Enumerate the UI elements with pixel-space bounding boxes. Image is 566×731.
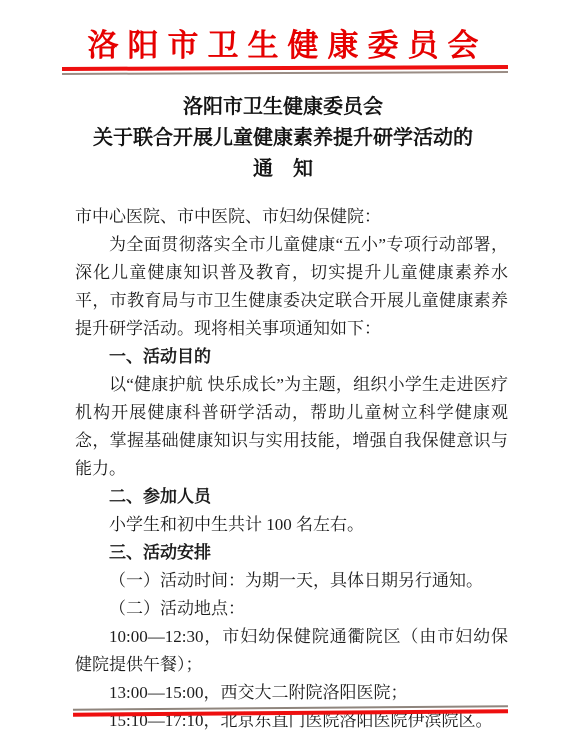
document-title: 洛阳市卫生健康委员会 关于联合开展儿童健康素养提升研学活动的 通 知 xyxy=(0,92,566,185)
divider-gray-line xyxy=(62,71,508,75)
section-1-paragraph: 以“健康护航 快乐成长”为主题，组织小学生走进医疗机构开展健康科普研学活动，帮助… xyxy=(75,371,508,483)
section-heading-3: 三、活动安排 xyxy=(75,539,508,567)
notice-body: 市中心医院、市中医院、市妇幼保健院： 为全面贯彻落实全市儿童健康“五小”专项行动… xyxy=(75,203,508,731)
section-heading-1: 一、活动目的 xyxy=(75,343,508,371)
document-title-line-3: 通 知 xyxy=(0,154,566,185)
intro-paragraph: 为全面贯彻落实全市儿童健康“五小”专项行动部署，深化儿童健康知识普及教育，切实提… xyxy=(75,231,508,343)
divider-red-line xyxy=(62,65,508,71)
schedule-item-2: 13:00—15:00，西交大二附院洛阳医院； xyxy=(75,679,508,707)
activity-time-line: （一）活动时间：为期一天，具体日期另行通知。 xyxy=(75,567,508,595)
schedule-item-1: 10:00—12:30，市妇幼保健院通衢院区（由市妇幼保健院提供午餐）； xyxy=(75,623,508,679)
official-notice-page: 洛阳市卫生健康委员会 洛阳市卫生健康委员会 关于联合开展儿童健康素养提升研学活动… xyxy=(0,0,566,731)
document-title-line-1: 洛阳市卫生健康委员会 xyxy=(0,92,566,123)
document-title-line-2: 关于联合开展儿童健康素养提升研学活动的 xyxy=(0,123,566,154)
section-2-paragraph: 小学生和初中生共计 100 名左右。 xyxy=(75,511,508,539)
letterhead-divider-rule xyxy=(62,65,508,75)
section-heading-2: 二、参加人员 xyxy=(75,483,508,511)
recipients-line: 市中心医院、市中医院、市妇幼保健院： xyxy=(75,203,508,231)
letterhead-agency-name: 洛阳市卫生健康委员会 xyxy=(0,26,566,66)
activity-location-label: （二）活动地点： xyxy=(75,595,508,623)
